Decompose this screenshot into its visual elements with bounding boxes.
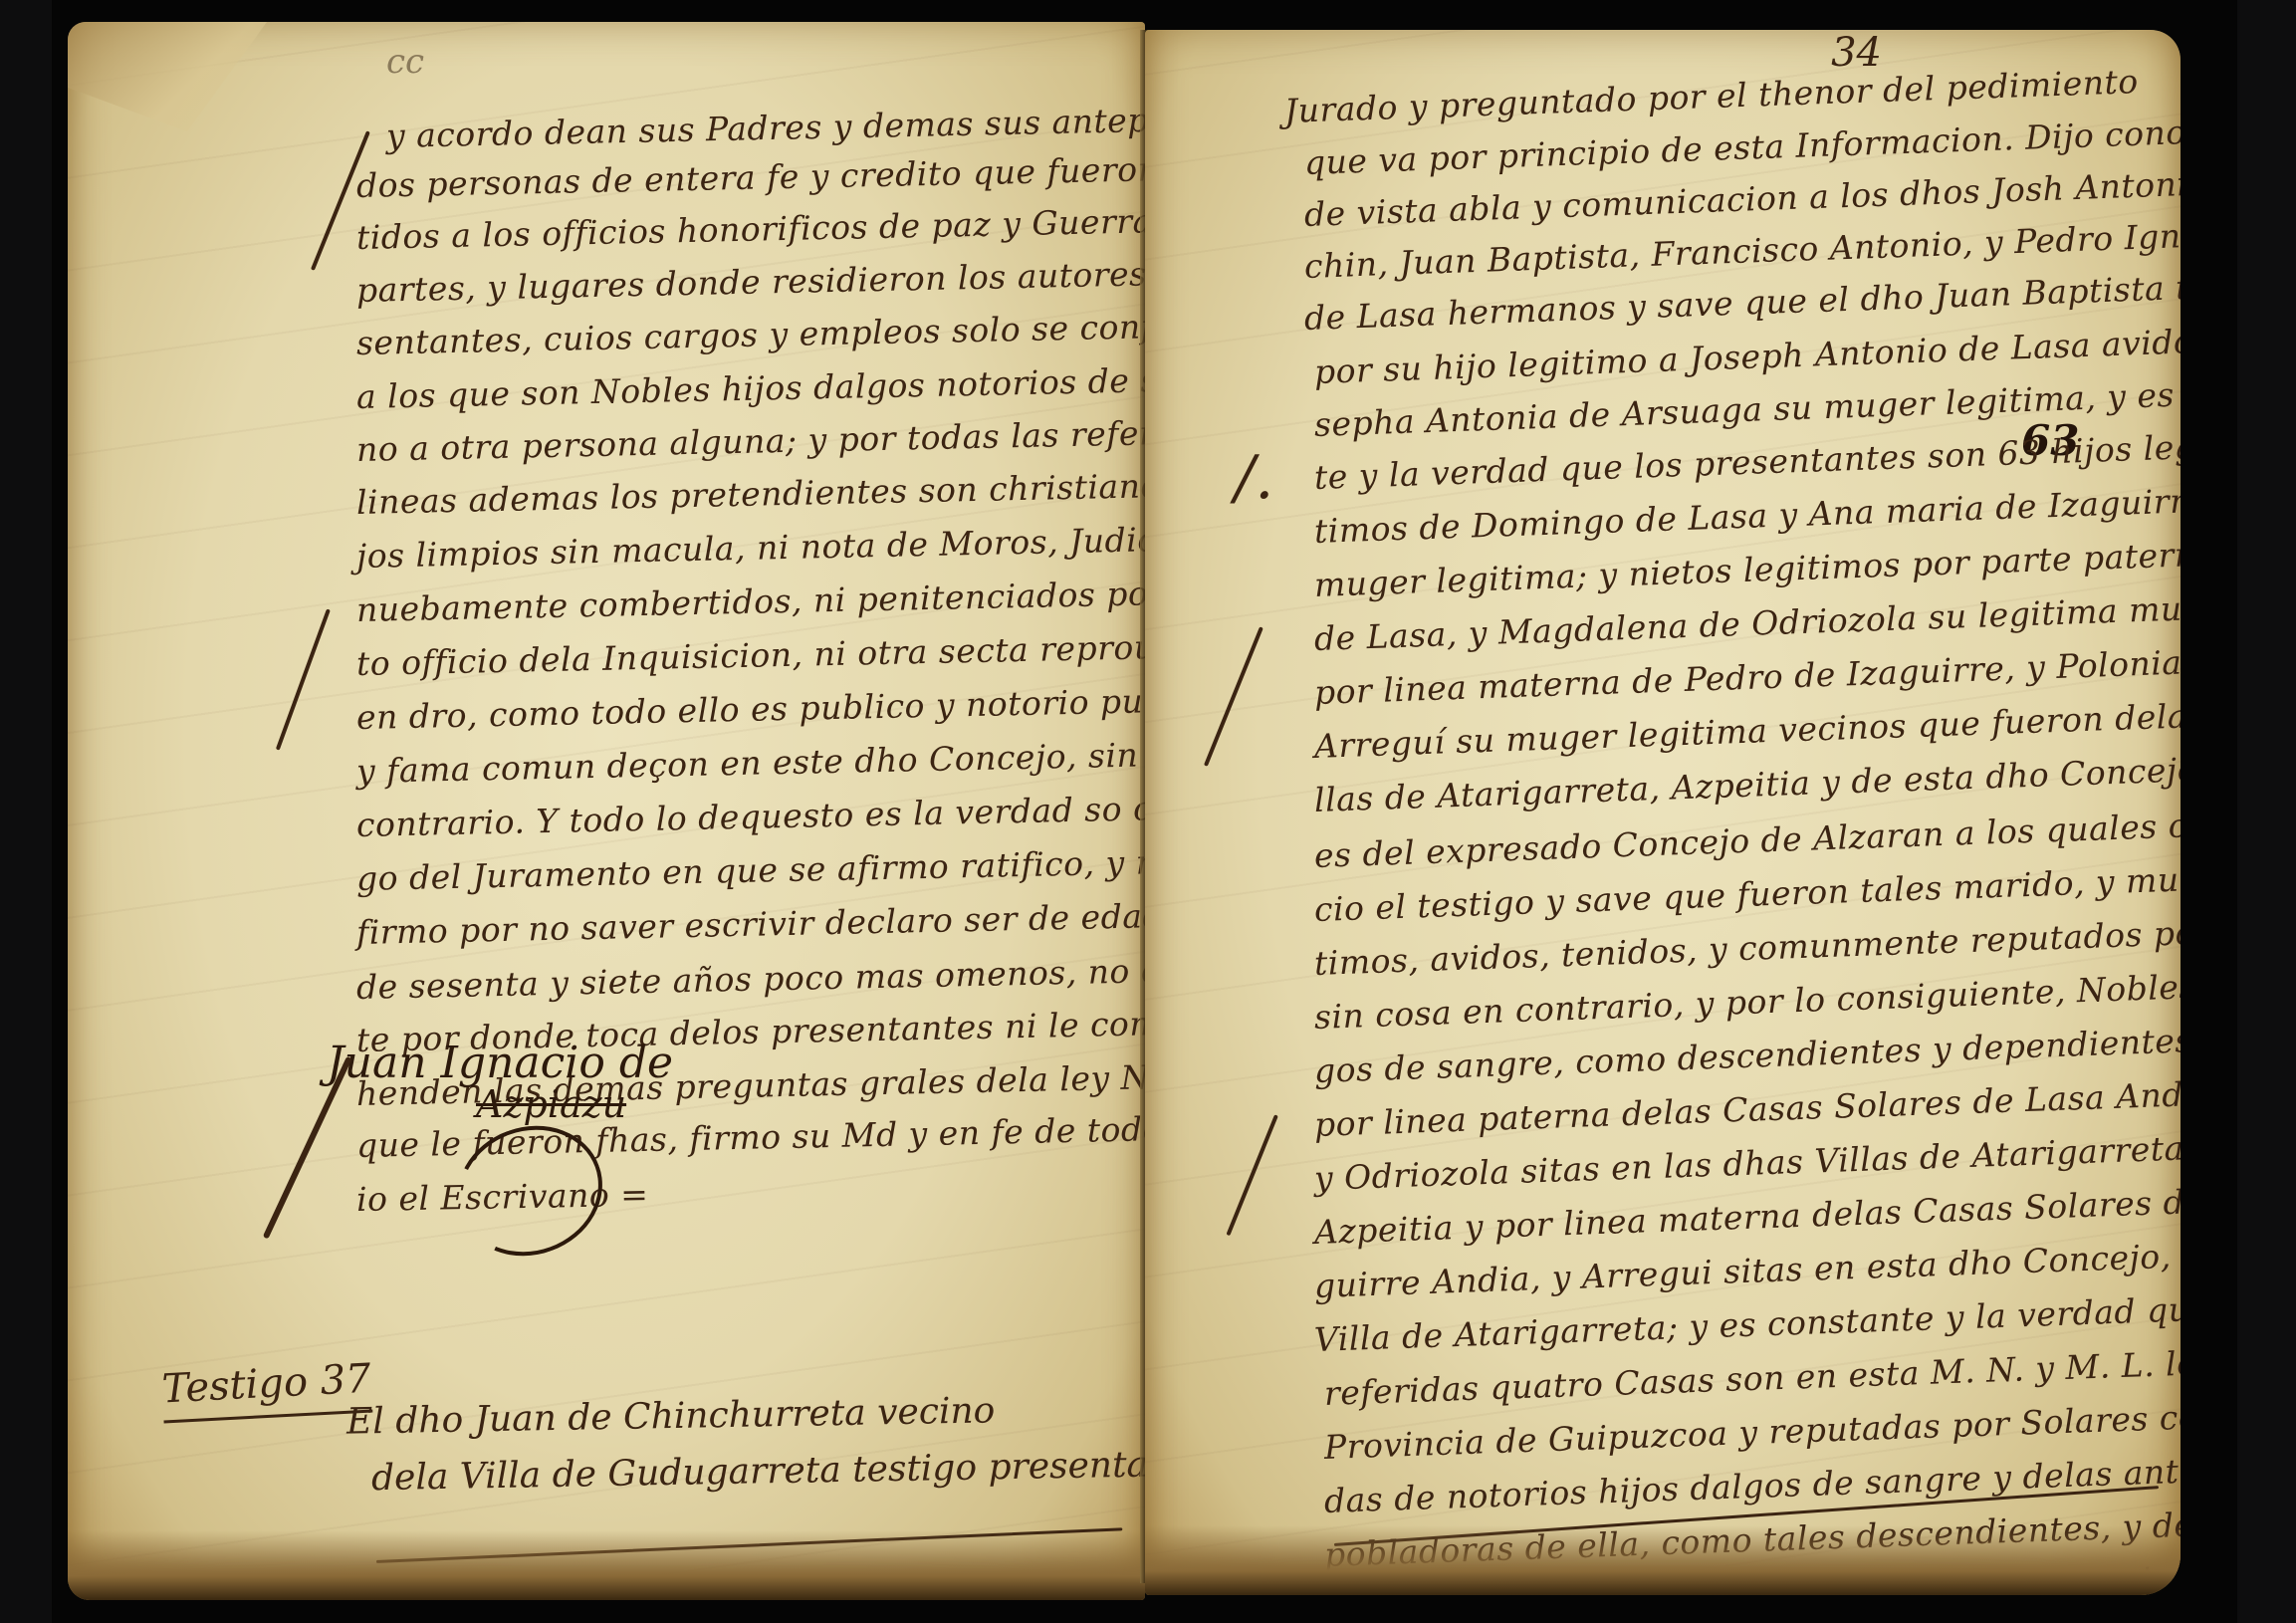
signature-surname: Azpiazu xyxy=(476,1082,673,1126)
text-line: lineas ademas los pretendientes son chri… xyxy=(356,464,1145,522)
text-line: jos limpios sin macula, ni nota de Moros… xyxy=(356,520,1145,576)
text-line: go del Juramento en que se afirmo ratifi… xyxy=(356,842,1145,898)
page-edge-stain xyxy=(68,1530,1145,1600)
margin-flourish-2 xyxy=(276,608,331,750)
text-line: contrario. Y todo lo dequesto es la verd… xyxy=(356,788,1145,844)
text-line: tidos a los officios honorificos de paz … xyxy=(356,199,1145,257)
testigo-label: Testigo 37 xyxy=(161,1356,373,1424)
torn-corner xyxy=(68,22,267,131)
header-mark: cc xyxy=(386,42,424,82)
text-line: to officio dela Inquisicion, ni otra sec… xyxy=(356,626,1145,683)
right-page: 34 /. 63 Jurado y preguntado por el then… xyxy=(1145,30,2181,1595)
text-line: y fama comun deçon en este dho Concejo, … xyxy=(356,733,1145,791)
text-line: no a otra persona alguna; y por todas la… xyxy=(356,412,1145,469)
text-line: en dro, como todo ello es publico y noto… xyxy=(356,678,1145,737)
closing-rule xyxy=(376,1527,1122,1563)
text-line: sentantes, cuios cargos y empleos solo s… xyxy=(356,305,1145,362)
signature: Juan Ignacio de Azpiazu xyxy=(327,1038,673,1126)
left-page: cc y acordo dean sus Padres y demas sus … xyxy=(68,22,1145,1600)
text-line: firmo por no saver escrivir declaro ser … xyxy=(356,896,1145,952)
signature-name: Juan Ignacio de xyxy=(327,1038,673,1088)
margin-flourish-4 xyxy=(1226,1114,1277,1236)
testigo-line: El dho Juan de Chinchurreta vecino xyxy=(346,1390,996,1442)
testigo-line: dela Villa de Gudugarreta testigo presen… xyxy=(371,1444,1145,1499)
text-line: y acordo dean sus Padres y demas sus ant… xyxy=(386,100,1145,155)
folio-number: 34 xyxy=(1831,30,1882,76)
signature-flourish xyxy=(263,1056,352,1240)
text-line: dos personas de entera fe y credito que … xyxy=(356,147,1145,205)
margin-flourish-3 xyxy=(1204,626,1263,767)
text-line: partes, y lugares donde residieron los a… xyxy=(356,251,1145,310)
text-line: de sesenta y siete años poco mas omenos,… xyxy=(356,948,1145,1007)
margin-mark: /. xyxy=(1235,443,1273,513)
text-line: a los que son Nobles hijos dalgos notori… xyxy=(356,357,1145,416)
text-line: nuebamente combertidos, ni penitenciados… xyxy=(356,571,1145,629)
